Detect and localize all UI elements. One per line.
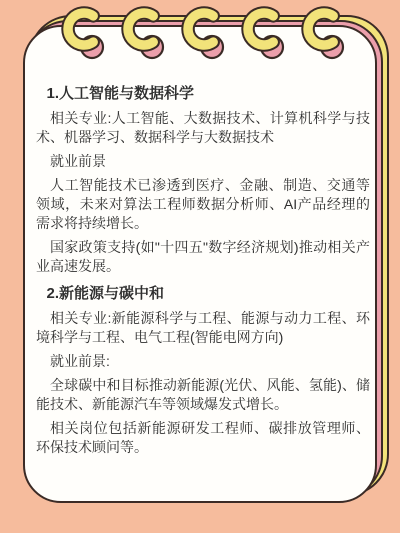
binder-ring-icon bbox=[176, 2, 240, 66]
binder-rings bbox=[0, 0, 400, 70]
section1-prospect-label: 就业前景 bbox=[36, 152, 370, 171]
section1-heading: 1.人工智能与数据科学 bbox=[36, 84, 370, 103]
section2-paragraph2: 相关岗位包括新能源研发工程师、碳排放管理师、环保技术顾问等。 bbox=[36, 419, 370, 457]
section1-paragraph2: 国家政策支持(如"十四五"数字经济规划)推动相关产业高速发展。 bbox=[36, 238, 370, 276]
binder-ring-icon bbox=[296, 2, 360, 66]
binder-ring-icon bbox=[116, 2, 180, 66]
binder-ring-icon bbox=[236, 2, 300, 66]
section2-paragraph1: 全球碳中和目标推动新能源(光伏、风能、氢能)、储能技术、新能源汽车等领域爆发式增… bbox=[36, 376, 370, 414]
page-content: 1.人工智能与数据科学 相关专业:人工智能、大数据技术、计算机科学与技术、机器学… bbox=[36, 84, 370, 462]
section2-majors: 相关专业:新能源科学与工程、能源与动力工程、环境科学与工程、电气工程(智能电网方… bbox=[36, 309, 370, 347]
section2-heading: 2.新能源与碳中和 bbox=[36, 284, 370, 303]
binder-ring-icon bbox=[56, 2, 120, 66]
section1-paragraph1: 人工智能技术已渗透到医疗、金融、制造、交通等领域，未来对算法工程师数据分析师、A… bbox=[36, 176, 370, 233]
section1-majors: 相关专业:人工智能、大数据技术、计算机科学与技术、机器学习、数据科学与大数据技术 bbox=[36, 109, 370, 147]
section2-prospect-label: 就业前景: bbox=[36, 352, 370, 371]
